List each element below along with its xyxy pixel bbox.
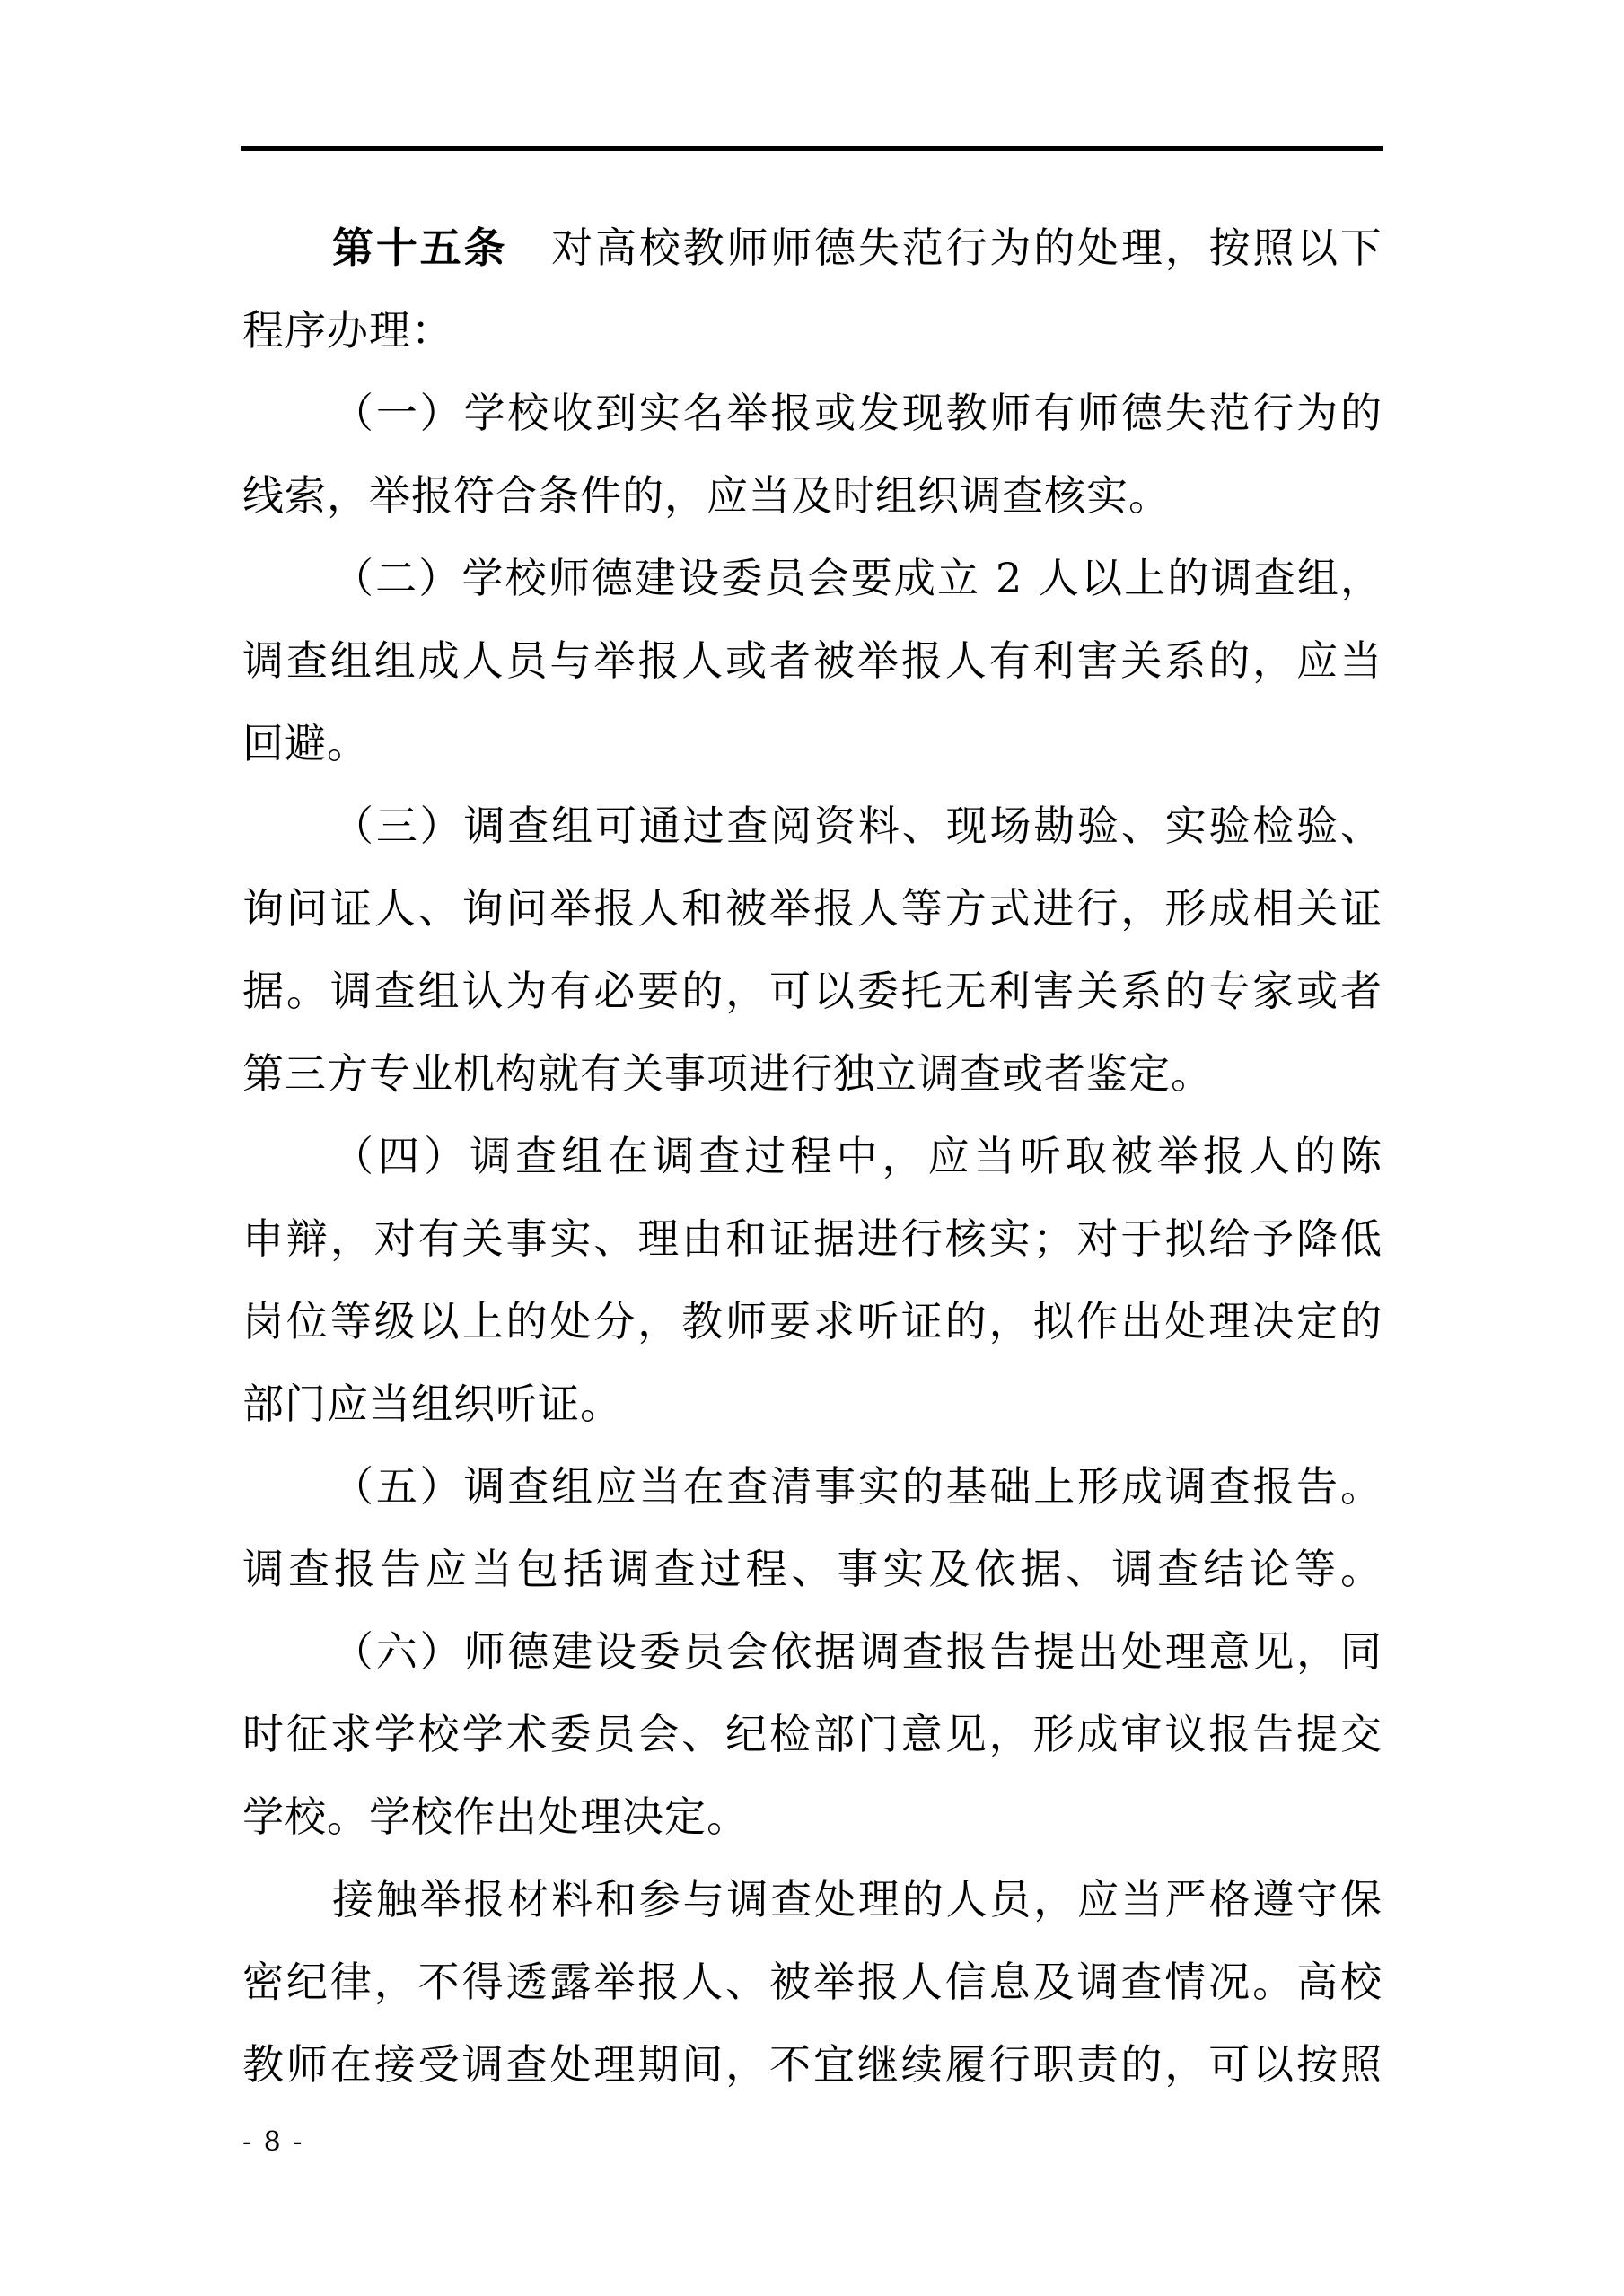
text-line: 回避。 [242, 702, 1383, 784]
text-line: 部门应当组织听证。 [242, 1363, 1383, 1445]
text-line: 询问证人、询问举报人和被举报人等方式进行，形成相关证 [242, 867, 1383, 950]
document-body: 第十五条 对高校教师师德失范行为的处理，按照以下 程序办理： （一）学校收到实名… [242, 206, 1383, 2106]
text-line: （五）调查组应当在查清事实的基础上形成调查报告。 [242, 1445, 1383, 1528]
header-rule [241, 146, 1383, 151]
text-line: （一）学校收到实名举报或发现教师有师德失范行为的 [242, 372, 1383, 454]
page-number: - 8 - [242, 2125, 303, 2160]
text-line: 第十五条 对高校教师师德失范行为的处理，按照以下 [242, 206, 1383, 289]
text-line: 线索，举报符合条件的，应当及时组织调查核实。 [242, 454, 1383, 537]
text-line: 第三方专业机构就有关事项进行独立调查或者鉴定。 [242, 1032, 1383, 1115]
text-line: 程序办理： [242, 289, 1383, 372]
article-number: 第十五条 [332, 223, 507, 272]
text-line: 时征求学校学术委员会、纪检部门意见，形成审议报告提交 [242, 1693, 1383, 1775]
text-line: （六）师德建设委员会依据调查报告提出处理意见，同 [242, 1610, 1383, 1693]
text-line: （二）学校师德建设委员会要成立 2 人以上的调查组， [242, 537, 1383, 619]
text-line: （四）调查组在调查过程中，应当听取被举报人的陈述、 [242, 1115, 1383, 1197]
text-line: 接触举报材料和参与调查处理的人员，应当严格遵守保 [242, 1858, 1383, 1941]
document-page: 第十五条 对高校教师师德失范行为的处理，按照以下 程序办理： （一）学校收到实名… [0, 0, 1624, 2296]
text-line: 岗位等级以上的处分，教师要求听证的，拟作出处理决定的 [242, 1280, 1383, 1363]
text-line: 教师在接受调查处理期间，不宜继续履行职责的，可以按照 [242, 2023, 1383, 2106]
text-line: 申辩，对有关事实、理由和证据进行核实；对于拟给予降低 [242, 1197, 1383, 1280]
text-line: 据。调查组认为有必要的，可以委托无利害关系的专家或者 [242, 950, 1383, 1032]
text-line: 调查报告应当包括调查过程、事实及依据、调查结论等。 [242, 1528, 1383, 1610]
text-segment: 对高校教师师德失范行为的处理，按照以下 [507, 223, 1383, 272]
text-line: （三）调查组可通过查阅资料、现场勘验、实验检验、 [242, 784, 1383, 867]
text-line: 密纪律，不得透露举报人、被举报人信息及调查情况。高校 [242, 1941, 1383, 2023]
text-line: 调查组组成人员与举报人或者被举报人有利害关系的，应当 [242, 619, 1383, 702]
text-line: 学校。学校作出处理决定。 [242, 1775, 1383, 1858]
